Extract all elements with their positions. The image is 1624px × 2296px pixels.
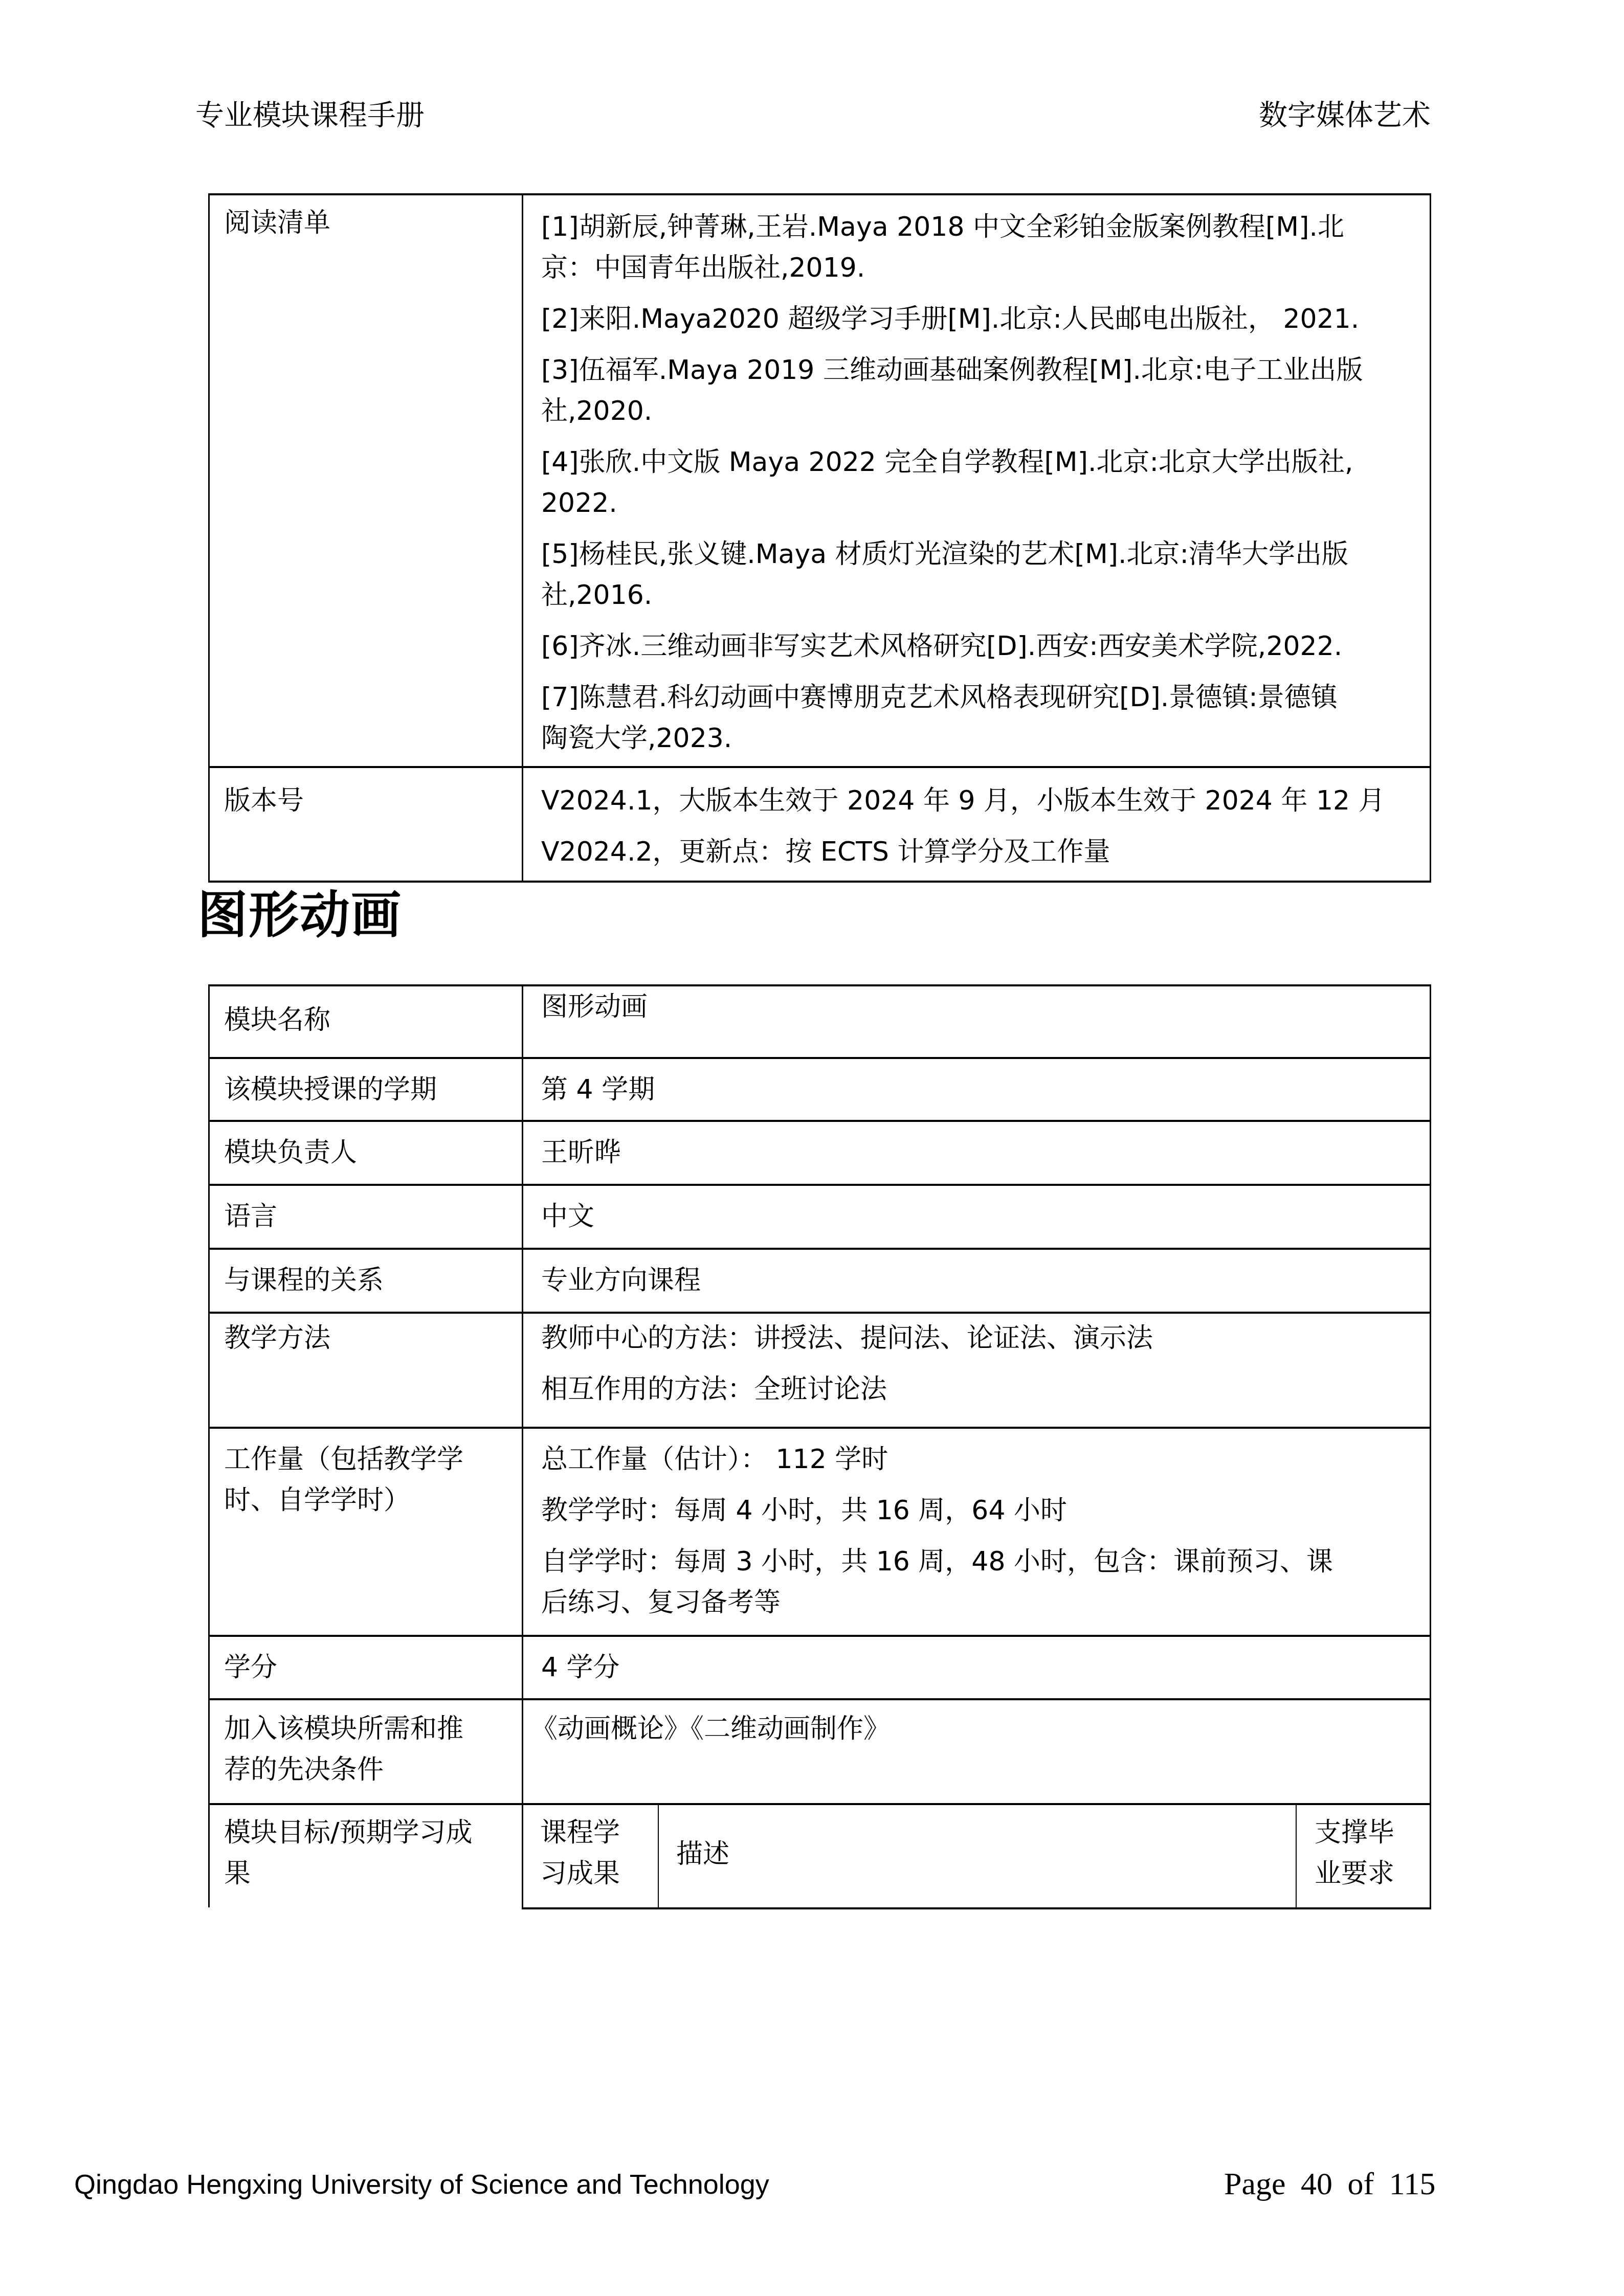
column-divider	[522, 1314, 523, 1427]
reading-item-5-line-1: [5]杨桂民,张义键.Maya 材质灯光渲染的艺术[M].北京:清华大学出版	[541, 534, 1363, 575]
outcomes-bottom-border	[522, 1907, 1431, 1909]
prerequisites-label-line-2: 荐的先决条件	[224, 1749, 463, 1790]
row-label: 阅读清单	[224, 202, 330, 243]
reading-item-4-line-2: 2022.	[541, 483, 1363, 524]
table-row-module-name: 模块名称 图形动画	[208, 984, 1431, 1057]
section-title: 图形动画	[197, 885, 402, 946]
row-label: 与课程的关系	[224, 1260, 384, 1301]
row-value: 专业方向课程	[541, 1260, 701, 1301]
row-value: 中文	[541, 1196, 594, 1237]
column-divider	[522, 1186, 523, 1248]
reading-item-7-line-1: [7]陈慧君.科幻动画中赛博朋克艺术风格表现研究[D].景德镇:景德镇	[541, 677, 1363, 718]
outcomes-header-course-outcome: 课程学 习成果	[540, 1812, 620, 1894]
workload-self-study-line-1: 自学学时：每周 3 小时，共 16 周，48 小时，包含：课前预习、课	[541, 1541, 1333, 1582]
credits-value: 4 学分	[541, 1647, 620, 1688]
column-divider	[522, 1637, 523, 1698]
module-table: 模块名称 图形动画 该模块授课的学期 第 4 学期 模块负责人 王昕晔 语言 中…	[208, 984, 1431, 1907]
table-row-reading-list: 阅读清单 [1]胡新辰,钟菁琳,王岩.Maya 2018 中文全彩铂金版案例教程…	[208, 193, 1431, 766]
reading-item-1-line-1: [1]胡新辰,钟菁琳,王岩.Maya 2018 中文全彩铂金版案例教程[M].北	[541, 207, 1363, 247]
column-divider	[522, 1250, 523, 1312]
previous-module-table: 阅读清单 [1]胡新辰,钟菁琳,王岩.Maya 2018 中文全彩铂金版案例教程…	[208, 193, 1431, 883]
module-owner-value: 王昕晔	[541, 1132, 621, 1173]
reading-list: [1]胡新辰,钟菁琳,王岩.Maya 2018 中文全彩铂金版案例教程[M].北…	[541, 207, 1363, 759]
course-outcome-header-line-1: 课程学	[540, 1812, 620, 1853]
column-divider	[522, 1122, 523, 1184]
version-line-1: V2024.1，大版本生效于 2024 年 9 月，小版本生效于 2024 年 …	[541, 780, 1385, 821]
page-of: of	[1348, 2167, 1374, 2201]
column-divider	[522, 768, 523, 881]
table-row-semester: 该模块授课的学期 第 4 学期	[208, 1057, 1431, 1120]
row-label: 版本号	[224, 780, 304, 821]
row-label: 模块负责人	[224, 1132, 357, 1173]
reading-item-2: [2]来阳.Maya2020 超级学习手册[M].北京:人民邮电出版社， 202…	[541, 299, 1363, 340]
row-label: 学分	[224, 1647, 277, 1688]
prerequisites-value: 《动画概论》《二维动画制作》	[531, 1708, 890, 1749]
row-label: 加入该模块所需和推 荐的先决条件	[224, 1708, 463, 1790]
prerequisites-label-line-1: 加入该模块所需和推	[224, 1708, 463, 1749]
subcolumn-divider	[1296, 1805, 1297, 1907]
column-divider	[522, 195, 523, 766]
row-value: 《动画概论》《二维动画制作》	[531, 1708, 890, 1749]
support-header-line-1: 支撑毕	[1315, 1812, 1394, 1853]
reading-item-5-line-2: 社,2016.	[541, 575, 1363, 616]
outcomes-header-graduation-support: 支撑毕 业要求	[1315, 1812, 1394, 1894]
column-divider	[522, 1700, 523, 1803]
footer-page-number: Page 40 of 115	[1224, 2166, 1435, 2202]
row-label: 工作量（包括教学学 时、自学学时）	[224, 1439, 463, 1521]
semester-value: 第 4 学期	[541, 1069, 655, 1110]
running-header-right: 数字媒体艺术	[1259, 99, 1431, 132]
footer-university: Qingdao Hengxing University of Science a…	[74, 2168, 769, 2201]
row-value: 总工作量（估计）： 112 学时 教学学时：每周 4 小时，共 16 周，64 …	[541, 1439, 1333, 1623]
reading-item-4-line-1: [4]张欣.中文版 Maya 2022 完全自学教程[M].北京:北京大学出版社…	[541, 442, 1363, 483]
reading-item-1-line-2: 京：中国青年出版社,2019.	[541, 247, 1363, 288]
reading-item-6: [6]齐冰.三维动画非写实艺术风格研究[D].西安:西安美术学院,2022.	[541, 626, 1363, 667]
workload-self-study-line-2: 后练习、复习备考等	[541, 1582, 1333, 1623]
table-row-credits: 学分 4 学分	[208, 1635, 1431, 1698]
table-row-module-owner: 模块负责人 王昕晔	[208, 1120, 1431, 1184]
row-label: 教学方法	[224, 1318, 330, 1359]
version-info: V2024.1，大版本生效于 2024 年 9 月，小版本生效于 2024 年 …	[541, 780, 1385, 872]
language-value: 中文	[541, 1196, 594, 1237]
row-label: 模块目标/预期学习成 果	[224, 1812, 473, 1894]
reading-item-3-line-2: 社,2020.	[541, 391, 1363, 432]
outcomes-header-description: 描述	[676, 1834, 729, 1875]
row-label: 该模块授课的学期	[224, 1069, 437, 1110]
page-label: Page	[1224, 2167, 1286, 2201]
workload-label-line-2: 时、自学学时）	[224, 1480, 463, 1521]
workload-label-line-1: 工作量（包括教学学	[224, 1439, 463, 1480]
row-label: 语言	[224, 1196, 277, 1237]
page-total: 115	[1389, 2167, 1436, 2201]
reading-item-3-line-1: [3]伍福军.Maya 2019 三维动画基础案例教程[M].北京:电子工业出版	[541, 350, 1363, 391]
table-row-language: 语言 中文	[208, 1184, 1431, 1248]
row-value: 图形动画	[541, 986, 648, 1027]
reading-item-7-line-2: 陶瓷大学,2023.	[541, 718, 1363, 759]
row-value: 王昕晔	[541, 1132, 621, 1173]
workload-total: 总工作量（估计）： 112 学时	[541, 1439, 1333, 1480]
table-row-course-relation: 与课程的关系 专业方向课程	[208, 1248, 1431, 1312]
table-row-learning-outcomes: 模块目标/预期学习成 果 课程学 习成果 描述 支撑毕 业要求	[208, 1803, 1431, 1907]
module-name-value: 图形动画	[541, 986, 648, 1027]
course-relation-value: 专业方向课程	[541, 1260, 701, 1301]
table-row-teaching-methods: 教学方法 教师中心的方法：讲授法、提问法、论证法、演示法 相互作用的方法：全班讨…	[208, 1312, 1431, 1427]
page-current: 40	[1301, 2167, 1332, 2201]
column-divider	[522, 986, 523, 1057]
running-header-left: 专业模块课程手册	[195, 99, 425, 132]
outcomes-label-line-1: 模块目标/预期学习成	[224, 1812, 473, 1853]
teaching-method-line-1: 教师中心的方法：讲授法、提问法、论证法、演示法	[541, 1318, 1153, 1359]
row-label: 模块名称	[224, 1000, 330, 1041]
table-row-workload: 工作量（包括教学学 时、自学学时） 总工作量（估计）： 112 学时 教学学时：…	[208, 1427, 1431, 1635]
teaching-method-line-2: 相互作用的方法：全班讨论法	[541, 1369, 1153, 1410]
workload-teaching-hours: 教学学时：每周 4 小时，共 16 周，64 小时	[541, 1490, 1333, 1531]
row-value: 第 4 学期	[541, 1069, 655, 1110]
support-header-line-2: 业要求	[1315, 1853, 1394, 1894]
row-value: 教师中心的方法：讲授法、提问法、论证法、演示法 相互作用的方法：全班讨论法	[541, 1318, 1153, 1410]
table-row-prerequisites: 加入该模块所需和推 荐的先决条件 《动画概论》《二维动画制作》	[208, 1698, 1431, 1803]
column-divider	[522, 1805, 523, 1907]
table-row-version: 版本号 V2024.1，大版本生效于 2024 年 9 月，小版本生效于 202…	[208, 766, 1431, 883]
subcolumn-divider	[658, 1805, 659, 1907]
column-divider	[522, 1429, 523, 1635]
row-value: 4 学分	[541, 1647, 620, 1688]
course-outcome-header-line-2: 习成果	[540, 1853, 620, 1894]
outcomes-label-line-2: 果	[224, 1853, 473, 1894]
column-divider	[522, 1059, 523, 1120]
version-line-2: V2024.2，更新点：按 ECTS 计算学分及工作量	[541, 831, 1385, 872]
